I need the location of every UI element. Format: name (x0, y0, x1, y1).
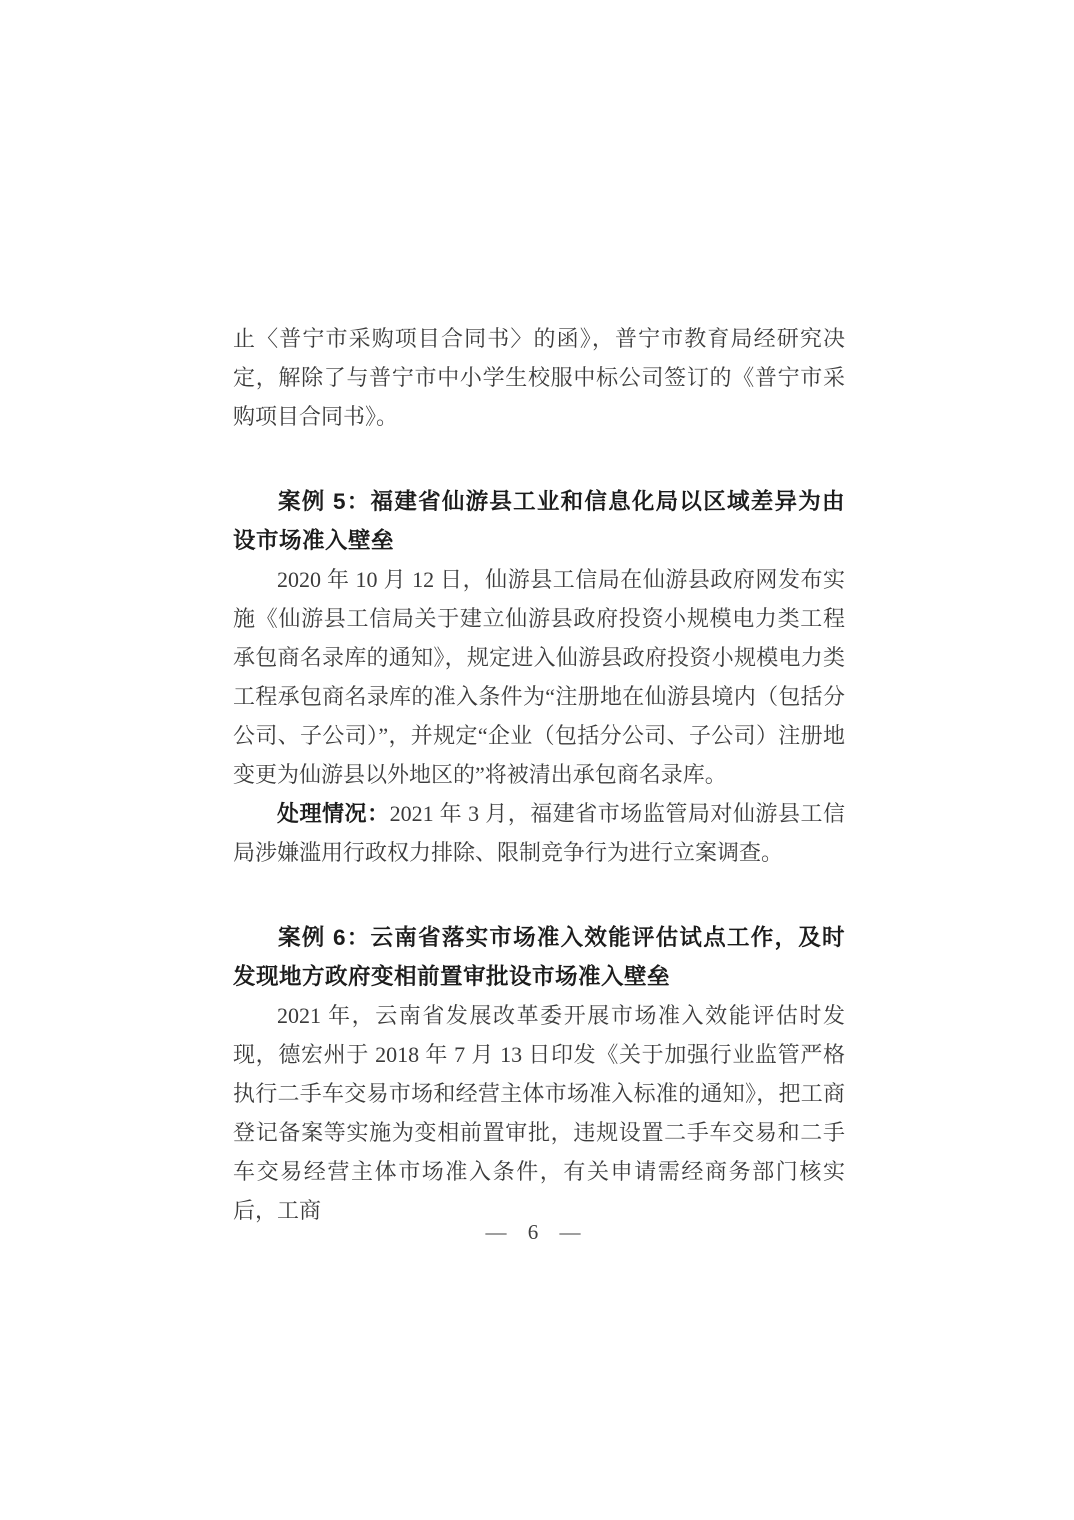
case5-heading: 案例 5：福建省仙游县工业和信息化局以区域差异为由设市场准入壁垒 (233, 482, 845, 560)
continuation-paragraph: 止〈普宁市采购项目合同书〉的函》，普宁市教育局经研究决定，解除了与普宁市中小学生… (233, 319, 845, 436)
document-body: 止〈普宁市采购项目合同书〉的函》，普宁市教育局经研究决定，解除了与普宁市中小学生… (233, 319, 845, 1230)
case6-heading: 案例 6：云南省落实市场准入效能评估试点工作，及时发现地方政府变相前置审批设市场… (233, 918, 845, 996)
case5-handling-label: 处理情况： (277, 801, 390, 826)
case6-paragraph: 2021 年，云南省发展改革委开展市场准入效能评估时发现，德宏州于 2018 年… (233, 996, 845, 1230)
case5-handling-paragraph: 处理情况：2021 年 3 月，福建省市场监管局对仙游县工信局涉嫌滥用行政权力排… (233, 794, 845, 872)
page-footer: — 6 — (0, 1213, 1074, 1252)
document-page: 止〈普宁市采购项目合同书〉的函》，普宁市教育局经研究决定，解除了与普宁市中小学生… (0, 0, 1074, 1520)
case5-paragraph: 2020 年 10 月 12 日，仙游县工信局在仙游县政府网发布实施《仙游县工信… (233, 560, 845, 794)
page-number: — 6 — (486, 1220, 589, 1244)
